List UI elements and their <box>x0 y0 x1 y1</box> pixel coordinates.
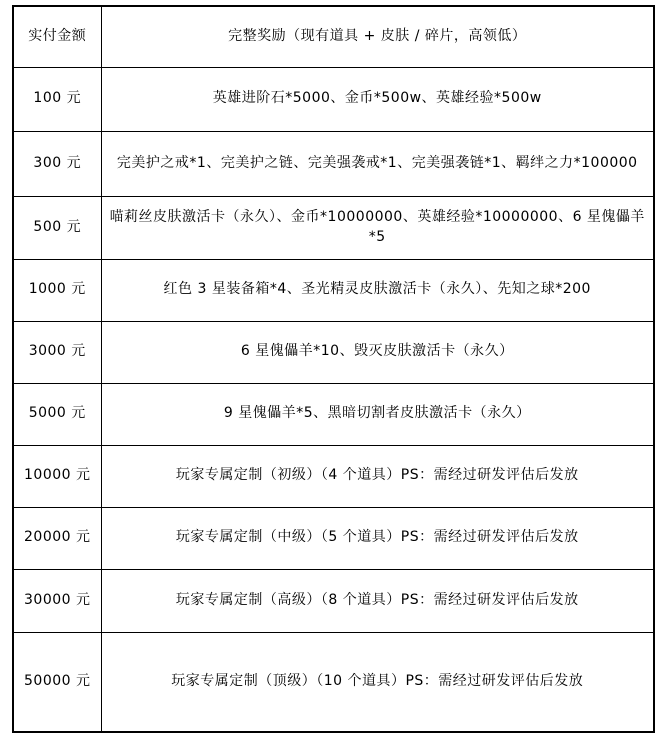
amount-cell: 5000 元 <box>13 383 101 445</box>
reward-cell: 玩家专属定制（初级）（4 个道具）PS：需经过研发评估后发放 <box>101 445 654 507</box>
reward-cell: 9 星傀儡羊*5、黑暗切割者皮肤激活卡（永久） <box>101 383 654 445</box>
reward-cell: 红色 3 星装备箱*4、圣光精灵皮肤激活卡（永久）、先知之球*200 <box>101 259 654 321</box>
amount-cell: 20000 元 <box>13 507 101 569</box>
page-body: 实付金额 完整奖励（现有道具 + 皮肤 / 碎片，高领低） 100 元英雄进阶石… <box>0 0 665 741</box>
table-row: 30000 元玩家专属定制（高级）（8 个道具）PS：需经过研发评估后发放 <box>13 569 654 632</box>
table-row: 500 元喵莉丝皮肤激活卡（永久）、金币*10000000、英雄经验*10000… <box>13 196 654 259</box>
header-amount-cell: 实付金额 <box>13 6 101 67</box>
reward-cell: 玩家专属定制（高级）（8 个道具）PS：需经过研发评估后发放 <box>101 569 654 632</box>
table-row: 10000 元玩家专属定制（初级）（4 个道具）PS：需经过研发评估后发放 <box>13 445 654 507</box>
reward-cell: 玩家专属定制（中级）（5 个道具）PS：需经过研发评估后发放 <box>101 507 654 569</box>
reward-cell: 喵莉丝皮肤激活卡（永久）、金币*10000000、英雄经验*10000000、6… <box>101 196 654 259</box>
reward-cell: 英雄进阶石*5000、金币*500w、英雄经验*500w <box>101 67 654 131</box>
amount-cell: 50000 元 <box>13 632 101 732</box>
amount-cell: 10000 元 <box>13 445 101 507</box>
amount-cell: 500 元 <box>13 196 101 259</box>
table-row: 20000 元玩家专属定制（中级）（5 个道具）PS：需经过研发评估后发放 <box>13 507 654 569</box>
rewards-table-body: 实付金额 完整奖励（现有道具 + 皮肤 / 碎片，高领低） 100 元英雄进阶石… <box>13 6 654 732</box>
table-row: 300 元完美护之戒*1、完美护之链、完美强袭戒*1、完美强袭链*1、羁绊之力*… <box>13 131 654 196</box>
reward-cell: 6 星傀儡羊*10、毁灭皮肤激活卡（永久） <box>101 321 654 383</box>
reward-cell: 完美护之戒*1、完美护之链、完美强袭戒*1、完美强袭链*1、羁绊之力*10000… <box>101 131 654 196</box>
table-row: 100 元英雄进阶石*5000、金币*500w、英雄经验*500w <box>13 67 654 131</box>
amount-cell: 3000 元 <box>13 321 101 383</box>
table-row: 50000 元玩家专属定制（顶级）（10 个道具）PS：需经过研发评估后发放 <box>13 632 654 732</box>
amount-cell: 30000 元 <box>13 569 101 632</box>
table-row: 5000 元9 星傀儡羊*5、黑暗切割者皮肤激活卡（永久） <box>13 383 654 445</box>
table-row: 3000 元6 星傀儡羊*10、毁灭皮肤激活卡（永久） <box>13 321 654 383</box>
amount-cell: 100 元 <box>13 67 101 131</box>
reward-cell: 玩家专属定制（顶级）（10 个道具）PS：需经过研发评估后发放 <box>101 632 654 732</box>
rewards-table: 实付金额 完整奖励（现有道具 + 皮肤 / 碎片，高领低） 100 元英雄进阶石… <box>12 5 655 733</box>
amount-cell: 300 元 <box>13 131 101 196</box>
table-header-row: 实付金额 完整奖励（现有道具 + 皮肤 / 碎片，高领低） <box>13 6 654 67</box>
table-row: 1000 元红色 3 星装备箱*4、圣光精灵皮肤激活卡（永久）、先知之球*200 <box>13 259 654 321</box>
amount-cell: 1000 元 <box>13 259 101 321</box>
header-reward-cell: 完整奖励（现有道具 + 皮肤 / 碎片，高领低） <box>101 6 654 67</box>
